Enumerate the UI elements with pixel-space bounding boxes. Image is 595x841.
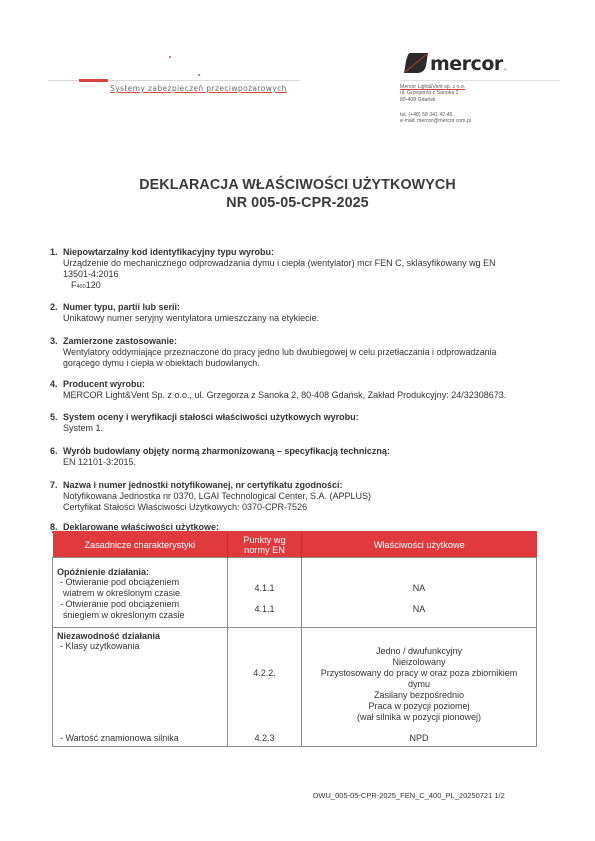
column-header-line: normy EN <box>228 545 301 555</box>
characteristic-line: - Otwieranie pod obciążeniem <box>60 599 179 610</box>
section-number: 2. <box>50 302 58 313</box>
section-number: 7. <box>50 480 58 491</box>
characteristic-line: - Otwieranie pod obciążeniem <box>60 577 179 588</box>
class-suffix: 120 <box>86 280 101 290</box>
section-heading: Numer typu, partii lub serii: <box>63 302 180 313</box>
characteristic-line: wiatrem w określonym czasie <box>63 588 180 599</box>
section-body: Urządzenie do mechanicznego odprowadzani… <box>63 258 560 294</box>
address-block: Mercor Light&Vent sp. z o.o. ul. Grzegor… <box>400 84 465 103</box>
performance-value: NA <box>302 583 536 594</box>
performance-cell: Jedno / dwufunkcyjny Nieizolowany Przyst… <box>302 628 537 747</box>
section-heading: System oceny i weryfikacji stałości właś… <box>63 412 359 423</box>
page-number: 1/2 <box>494 791 504 800</box>
group-title: Niezawodność działania <box>57 631 160 642</box>
section-line: 13501-4:2016 <box>63 269 560 280</box>
leaf-logo-icon <box>403 52 429 74</box>
clause-value: 4.2.2. <box>228 668 301 679</box>
address-email[interactable]: e-mail: mercor@mercor.com.pl <box>400 118 471 124</box>
section-heading: Zamierzone zastosowanie: <box>63 336 177 347</box>
address-street: ul. Grzegorza z Sanoka 2 <box>400 90 465 96</box>
section-line: Notyfikowana Jednostka nr 0370, LGAI Tec… <box>63 491 560 502</box>
section-line: gorącego dymu i ciepła w obiektach budow… <box>63 358 560 369</box>
section-number: 4. <box>50 379 58 390</box>
performance-value: (wał silnika w pozycji pionowej) <box>302 712 536 723</box>
column-header-characteristics: Zasadnicze charakterystyki <box>53 533 228 558</box>
clause-cell: 4.2.2. 4.2.3 <box>228 628 302 747</box>
section-line: Wentylatory oddymiające przeznaczone do … <box>63 347 560 358</box>
mercor-logo: mercor ® <box>403 52 507 74</box>
column-header-line: Punkty wg <box>228 535 301 545</box>
performance-value: Przystosowany do pracy w oraz poza zbior… <box>302 668 536 679</box>
section-body: System 1. <box>63 423 560 434</box>
decorative-dot <box>169 56 171 58</box>
characteristic-cell: Opóźnienie działania: - Otwieranie pod o… <box>53 558 228 628</box>
section-line: System 1. <box>63 423 560 434</box>
logo-wordmark: mercor <box>430 54 503 74</box>
page-footer: DWU_005-05-CPR-2025_FEN_C_400_PL_2025072… <box>313 791 505 800</box>
section-line: EN 12101-3:2015. <box>63 457 560 468</box>
characteristic-cell: Niezawodność działania - Klasy użytkowan… <box>53 628 228 747</box>
table-row: Niezawodność działania - Klasy użytkowan… <box>53 628 537 747</box>
section-line: Certyfikat Stałości Właściwości Użytkowy… <box>63 502 560 513</box>
clause-value: 4.1.1 <box>228 604 301 615</box>
document-number: NR 005-05-CPR-2025 <box>0 195 595 211</box>
document-title: DEKLARACJA WŁAŚCIWOŚCI UŻYTKOWYCH <box>0 177 595 193</box>
characteristic-line: śniegiem w określonym czasie <box>63 610 185 621</box>
performance-value: NPD <box>302 733 536 744</box>
section-line: Unikatowy numer seryjny wentylatora umie… <box>63 313 560 324</box>
table-header-row: Zasadnicze charakterystyki Punkty wg nor… <box>53 533 537 558</box>
characteristic-line: - Wartość znamionowa silnika <box>60 733 179 744</box>
table-row: Opóźnienie działania: - Otwieranie pod o… <box>53 558 537 628</box>
document-id: DWU_005-05-CPR-2025_FEN_C_400_PL_2025072… <box>313 791 492 800</box>
address-rule <box>400 80 560 81</box>
declared-properties-table: Zasadnicze charakterystyki Punkty wg nor… <box>52 533 537 747</box>
decorative-dot <box>198 74 200 76</box>
fire-classification: F400120 <box>63 280 560 293</box>
performance-cell: NA NA <box>302 558 537 628</box>
section-body: Notyfikowana Jednostka nr 0370, LGAI Tec… <box>63 491 560 513</box>
section-body: EN 12101-3:2015. <box>63 457 560 468</box>
section-line: MERCOR Light&Vent Sp. z o.o., ul. Grzego… <box>63 390 560 401</box>
column-header-performance: Właściwości użytkowe <box>302 533 537 558</box>
section-number: 1. <box>50 247 58 258</box>
column-header-clauses: Punkty wg normy EN <box>228 533 302 558</box>
section-number: 5. <box>50 412 58 423</box>
section-line: Urządzenie do mechanicznego odprowadzani… <box>63 258 560 269</box>
section-heading: Nazwa i numer jednostki notyfikowanej, n… <box>63 480 343 491</box>
performance-value: Praca w pozycji poziomej <box>302 701 536 712</box>
section-number: 6. <box>50 446 58 457</box>
section-heading: Niepowtarzalny kod identyfikacyjny typu … <box>63 247 274 258</box>
performance-value: dymu <box>302 679 536 690</box>
section-body: Wentylatory oddymiające przeznaczone do … <box>63 347 560 369</box>
clause-value: 4.2.3 <box>228 733 301 744</box>
characteristic-line: - Klasy użytkowania <box>60 641 140 652</box>
performance-value: NA <box>302 604 536 615</box>
address-city: 80-408 Gdańsk <box>400 97 465 103</box>
clause-cell: 4.1.1 4.1.1 <box>228 558 302 628</box>
performance-value: Jedno / dwufunkcyjny <box>302 646 536 657</box>
section-body: Unikatowy numer seryjny wentylatora umie… <box>63 313 560 324</box>
performance-value: Nieizolowany <box>302 657 536 668</box>
header-accent-bar <box>79 79 108 82</box>
clause-value: 4.1.1 <box>228 583 301 594</box>
section-heading: Producent wyrobu: <box>63 379 145 390</box>
section-heading: Wyrób budowlany objęty normą zharmonizow… <box>63 446 390 457</box>
group-title: Opóźnienie działania: <box>57 567 149 578</box>
section-body: MERCOR Light&Vent Sp. z o.o., ul. Grzego… <box>63 390 560 401</box>
class-subscript: 400 <box>77 284 86 290</box>
performance-value: Zasilany bezpośrednio <box>302 690 536 701</box>
registered-mark: ® <box>504 67 507 72</box>
section-number: 3. <box>50 336 58 347</box>
contact-block: tel. (+48) 58 341 42 45 e-mail: mercor@m… <box>400 112 471 125</box>
company-tagline: Systemy zabezpieczeń przeciwpożarowych <box>110 84 287 93</box>
